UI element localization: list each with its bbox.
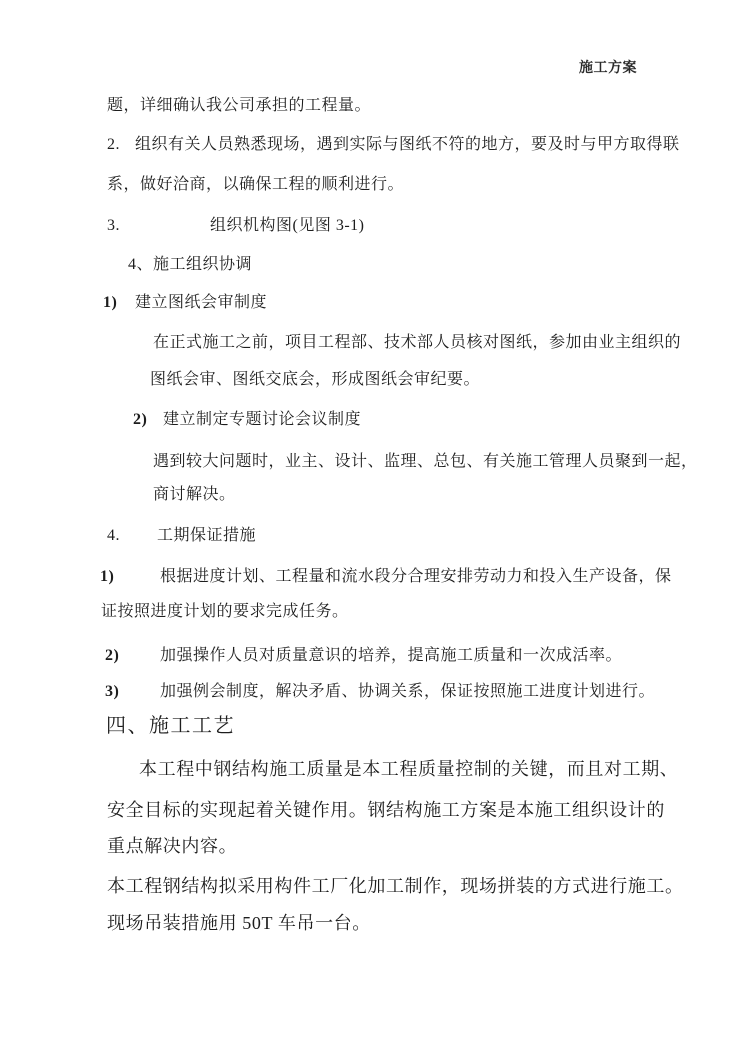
list-marker: 3) [105, 682, 160, 702]
list-item: 3)加强例会制度，解决矛盾、协调关系，保证按照施工进度计划进行。 [105, 682, 655, 702]
list-item: 4.工期保证措施 [107, 526, 256, 546]
list-item: 2.组织有关人员熟悉现场，遇到实际与图纸不符的地方，要及时与甲方取得联 [107, 135, 680, 155]
text-line: 系，做好洽商，以确保工程的顺利进行。 [107, 175, 404, 195]
list-item-text: 加强例会制度，解决矛盾、协调关系，保证按照施工进度计划进行。 [160, 683, 655, 700]
list-item: 2)建立制定专题讨论会议制度 [133, 410, 361, 430]
list-marker: 2. [107, 135, 135, 155]
list-item: 1)建立图纸会审制度 [103, 293, 267, 313]
sub-section-title: 4、施工组织协调 [128, 255, 252, 275]
page-header-doc-title: 施工方案 [579, 57, 637, 77]
text-line: 本工程中钢结构施工质量是本工程质量控制的关键，而且对工期、 [139, 758, 678, 780]
list-item: 1)根据进度计划、工程量和流水段分合理安排劳动力和投入生产设备，保 [100, 567, 672, 587]
text-line: 安全目标的实现起着关键作用。钢结构施工方案是本施工组织设计的 [107, 799, 665, 821]
text-line: 重点解决内容。 [107, 835, 237, 857]
document-page: 施工方案 题，详细确认我公司承担的工程量。 2.组织有关人员熟悉现场，遇到实际与… [0, 0, 744, 1052]
section-heading-construction-technology: 四、施工工艺 [106, 714, 235, 739]
list-marker: 3. [107, 216, 210, 236]
list-item-text: 组织有关人员熟悉现场，遇到实际与图纸不符的地方，要及时与甲方取得联 [135, 136, 680, 153]
text-line: 题，详细确认我公司承担的工程量。 [107, 96, 371, 116]
list-item-text: 加强操作人员对质量意识的培养，提高施工质量和一次成活率。 [160, 647, 622, 664]
list-item: 3.组织机构图(见图 3-1) [107, 216, 365, 236]
list-item-text: 组织机构图(见图 3-1) [210, 217, 365, 234]
list-item-text: 根据进度计划、工程量和流水段分合理安排劳动力和投入生产设备，保 [160, 568, 672, 585]
text-line: 证按照进度计划的要求完成任务。 [101, 602, 349, 622]
text-line: 本工程钢结构拟采用构件工厂化加工制作，现场拼装的方式进行施工。 [107, 875, 684, 897]
list-marker: 2) [133, 410, 163, 430]
list-item-text: 建立图纸会审制度 [135, 294, 267, 311]
text-line: 在正式施工之前，项目工程部、技术部人员核对图纸，参加由业主组织的 [153, 333, 681, 353]
list-marker: 1) [100, 567, 160, 587]
list-item-text: 工期保证措施 [157, 527, 256, 544]
text-line: 遇到较大问题时，业主、设计、监理、总包、有关施工管理人员聚到一起， [153, 452, 698, 472]
list-marker: 2) [105, 646, 160, 666]
text-line: 图纸会审、图纸交底会，形成图纸会审纪要。 [150, 370, 480, 390]
text-line: 商讨解决。 [153, 485, 236, 505]
list-item: 2)加强操作人员对质量意识的培养，提高施工质量和一次成活率。 [105, 646, 622, 666]
list-item-text: 建立制定专题讨论会议制度 [163, 411, 361, 428]
text-line: 现场吊装措施用 50T 车吊一台。 [107, 912, 371, 934]
list-marker: 4. [107, 526, 157, 546]
list-marker: 1) [103, 293, 135, 313]
